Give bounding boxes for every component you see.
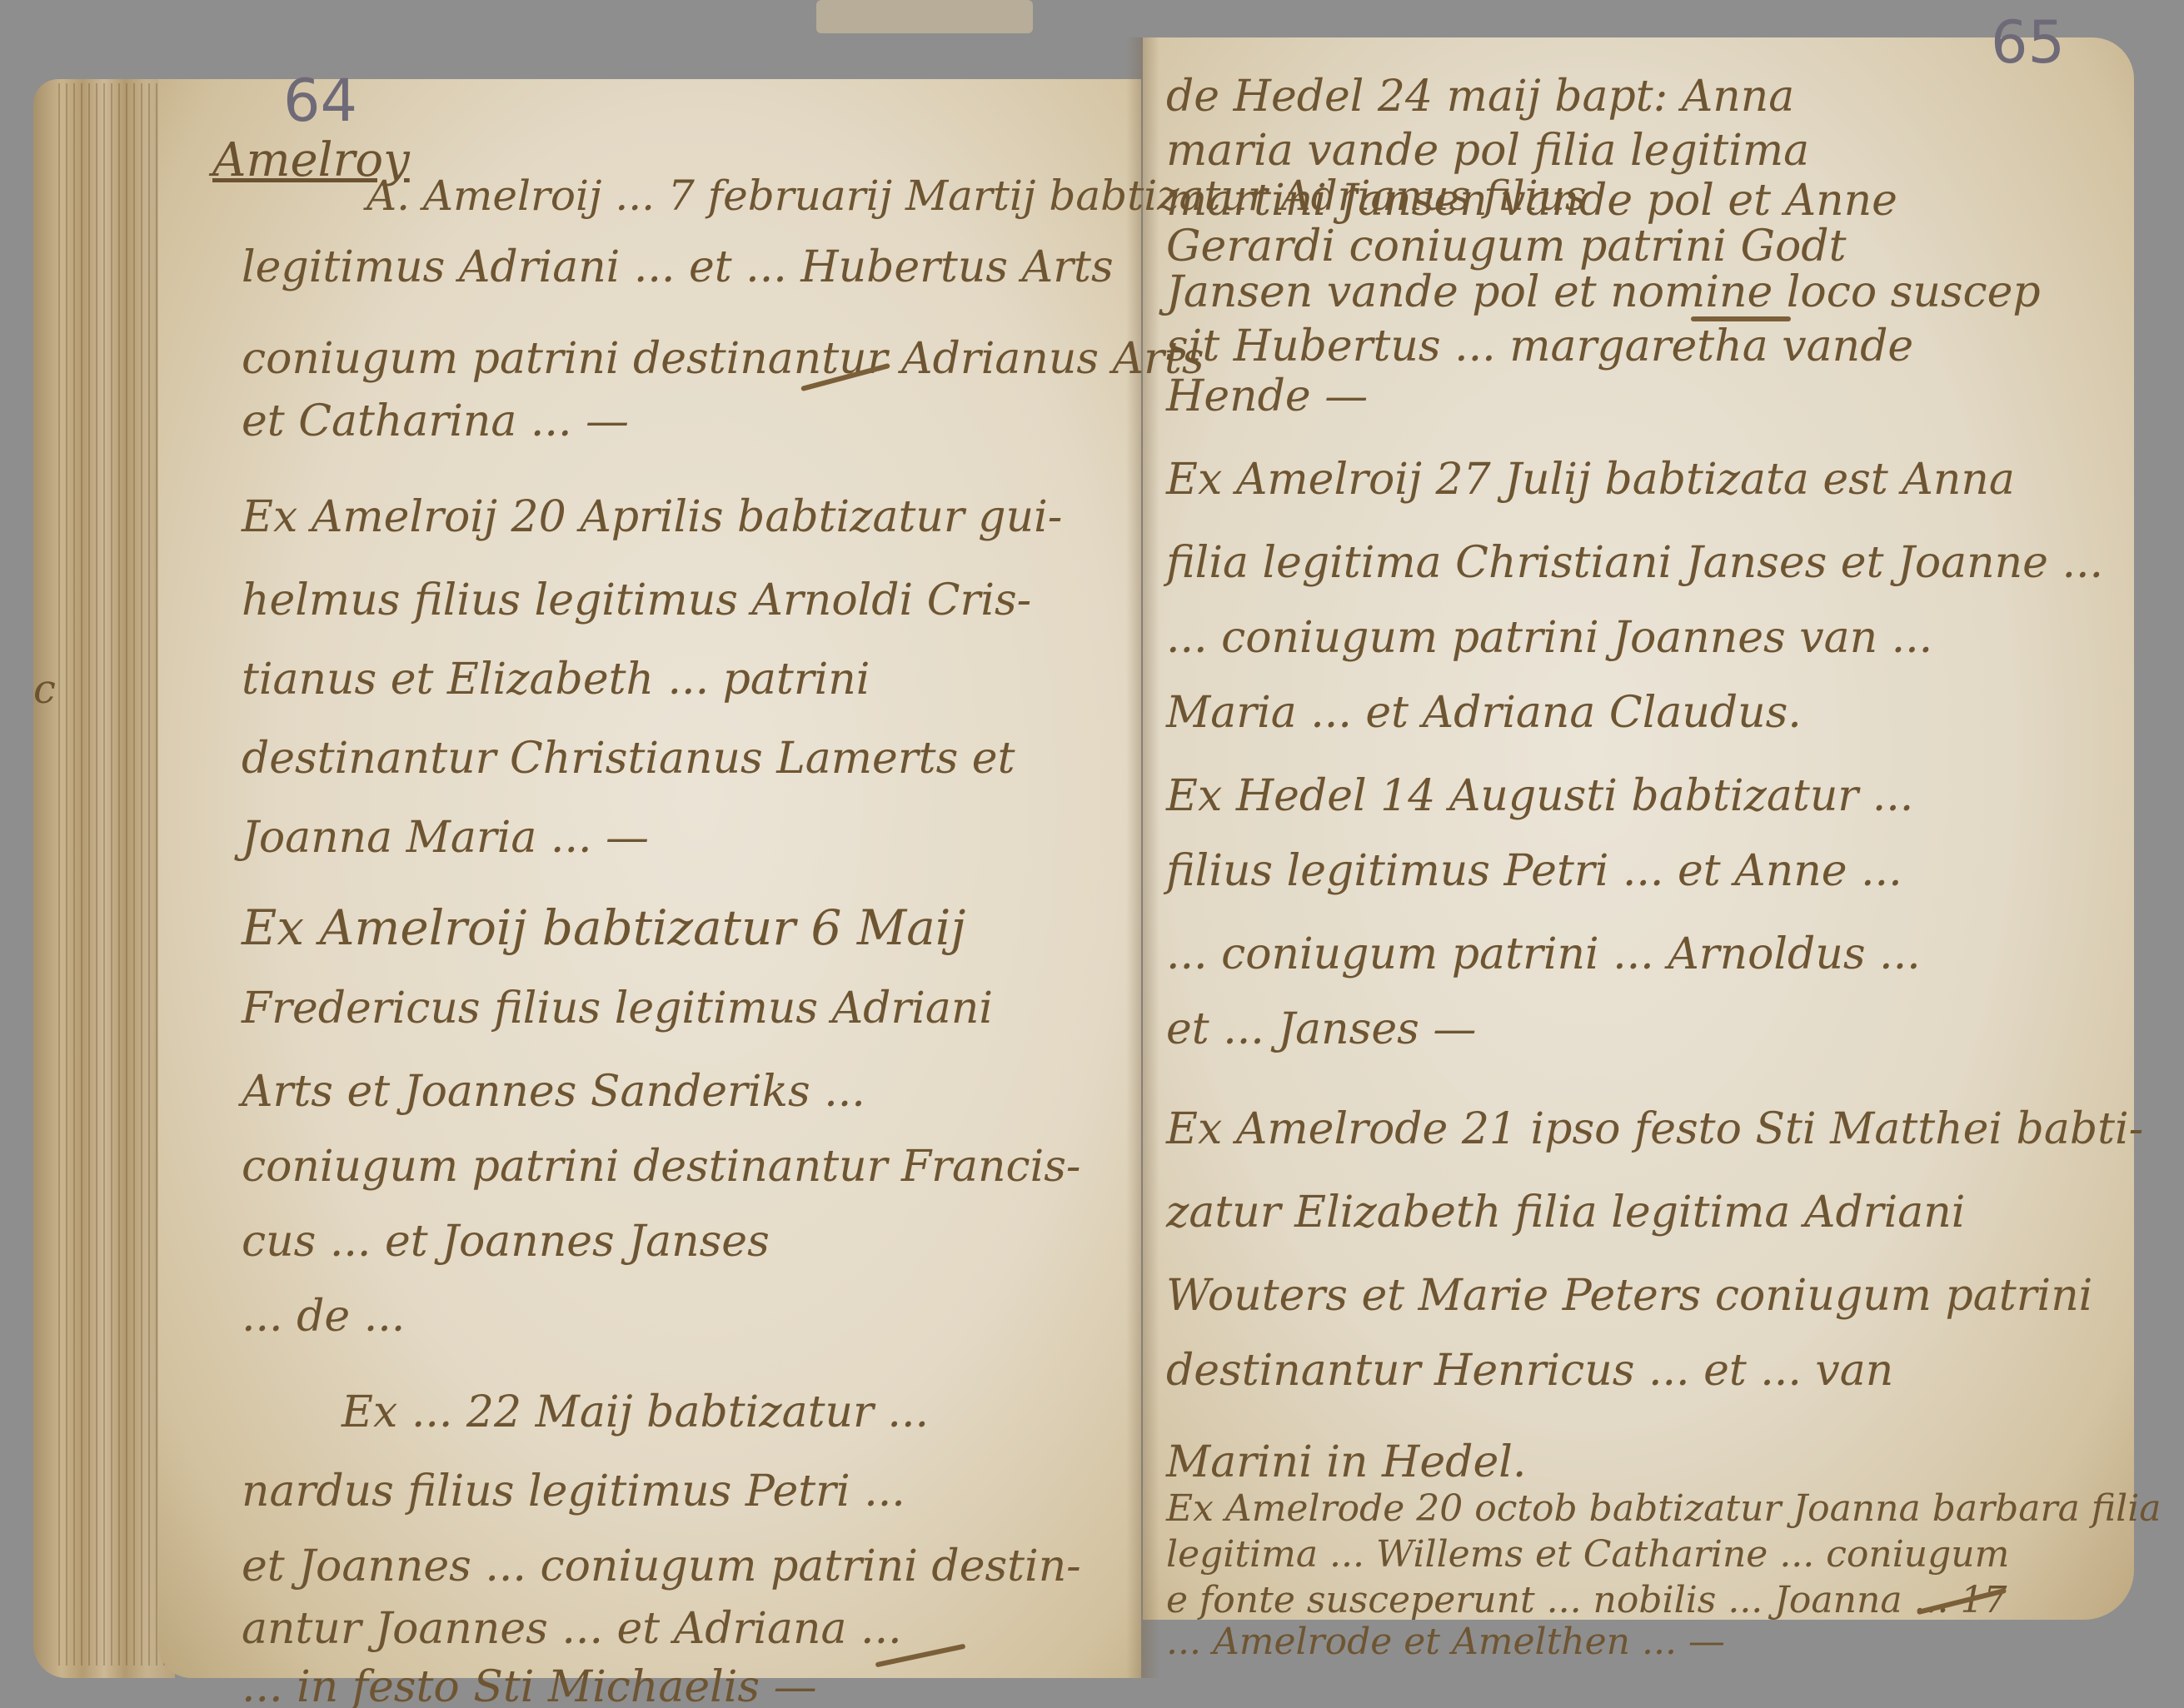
text-line: et Joannes ... coniugum patrini destin-: [242, 1545, 1081, 1588]
text-line: coniugum patrini destinantur Francis-: [242, 1145, 1080, 1188]
text-line: e fonte susceperunt ... nobilis ... Joan…: [1166, 1582, 2007, 1619]
open-book: c 64 65 Amelroy A. Amelroij ... 7 februa…: [0, 0, 2184, 1708]
text-line: legitima ... Willems et Catharine ... co…: [1166, 1536, 2009, 1573]
text-line: Gerardi coniugum patrini Godt: [1166, 225, 1847, 268]
text-line: antur Joannes ... et Adriana ...: [242, 1607, 902, 1651]
text-line: Ex Amelroij 20 Aprilis babtizatur gui-: [242, 495, 1062, 539]
text-line: de Hedel 24 maij bapt: Anna: [1166, 75, 1794, 118]
text-line: et Catharina ... —: [242, 400, 629, 443]
text-line: coniugum patrini destinantur Adrianus Ar…: [242, 337, 1204, 381]
text-line: Jansen vande pol et nomine loco suscep: [1166, 271, 2041, 314]
text-line: ... in festo Sti Michaelis —: [242, 1666, 817, 1708]
spine-top: [816, 0, 1033, 33]
text-line: Ex Amelroij 27 Julij babtizata est Anna: [1166, 458, 2015, 501]
text-line: ... de ...: [242, 1295, 405, 1338]
text-line: Fredericus filius legitimus Adriani: [242, 987, 993, 1030]
edge-mark: c: [33, 666, 56, 713]
text-line: Ex Amelroij babtizatur 6 Maij: [242, 904, 965, 952]
text-line: zatur Elizabeth filia legitima Adriani: [1166, 1191, 1965, 1234]
text-line: Joanna Maria ... —: [242, 816, 649, 859]
folio-number-right: 65: [1991, 8, 2065, 77]
text-line: helmus filius legitimus Arnoldi Cris-: [242, 579, 1031, 622]
text-line: filius legitimus Petri ... et Anne ...: [1166, 849, 1902, 893]
text-line: ... coniugum patrini Joannes van ...: [1166, 616, 1932, 660]
text-line: legitimus Adriani ... et ... Hubertus Ar…: [242, 246, 1114, 289]
text-line: Wouters et Marie Peters coniugum patrini: [1166, 1274, 2092, 1317]
text-line: cus ... et Joannes Janses: [242, 1220, 770, 1263]
text-line: destinantur Henricus ... et ... van: [1166, 1349, 1893, 1392]
text-line: Ex Amelrode 21 ipso festo Sti Matthei ba…: [1166, 1108, 2143, 1151]
text-line: Maria ... et Adriana Claudus.: [1166, 691, 1802, 734]
left-page: [158, 79, 1141, 1678]
text-line: destinantur Christianus Lamerts et: [242, 737, 1015, 780]
text-line: martini Jansen vande pol et Anne: [1166, 179, 1897, 222]
text-line: Ex Hedel 14 Augusti babtizatur ...: [1166, 774, 1913, 818]
text-line: ... coniugum patrini ... Arnoldus ...: [1166, 933, 1921, 976]
text-line: ... Amelrode et Amelthen ... —: [1166, 1624, 1725, 1661]
text-line: et ... Janses —: [1166, 1008, 1476, 1051]
text-line: Marini in Hedel.: [1166, 1441, 1526, 1484]
ink-stroke: [1691, 316, 1791, 321]
text-line: sit Hubertus ... margaretha vande: [1166, 325, 1913, 368]
book-gutter: [1126, 37, 1159, 1678]
text-line: maria vande pol filia legitima: [1166, 129, 1809, 172]
text-line: Ex Amelrode 20 octob babtizatur Joanna b…: [1166, 1491, 2162, 1527]
text-line: tianus et Elizabeth ... patrini: [242, 658, 870, 701]
text-line: filia legitima Christiani Janses et Joan…: [1166, 541, 2103, 585]
text-line: Hende —: [1166, 375, 1368, 418]
text-line: Ex ... 22 Maij babtizatur ...: [342, 1391, 929, 1434]
page-stack-lines: [58, 83, 175, 1666]
text-line: Arts et Joannes Sanderiks ...: [242, 1070, 865, 1113]
folio-number-left: 64: [283, 67, 357, 135]
text-line: nardus filius legitimus Petri ...: [242, 1470, 905, 1513]
